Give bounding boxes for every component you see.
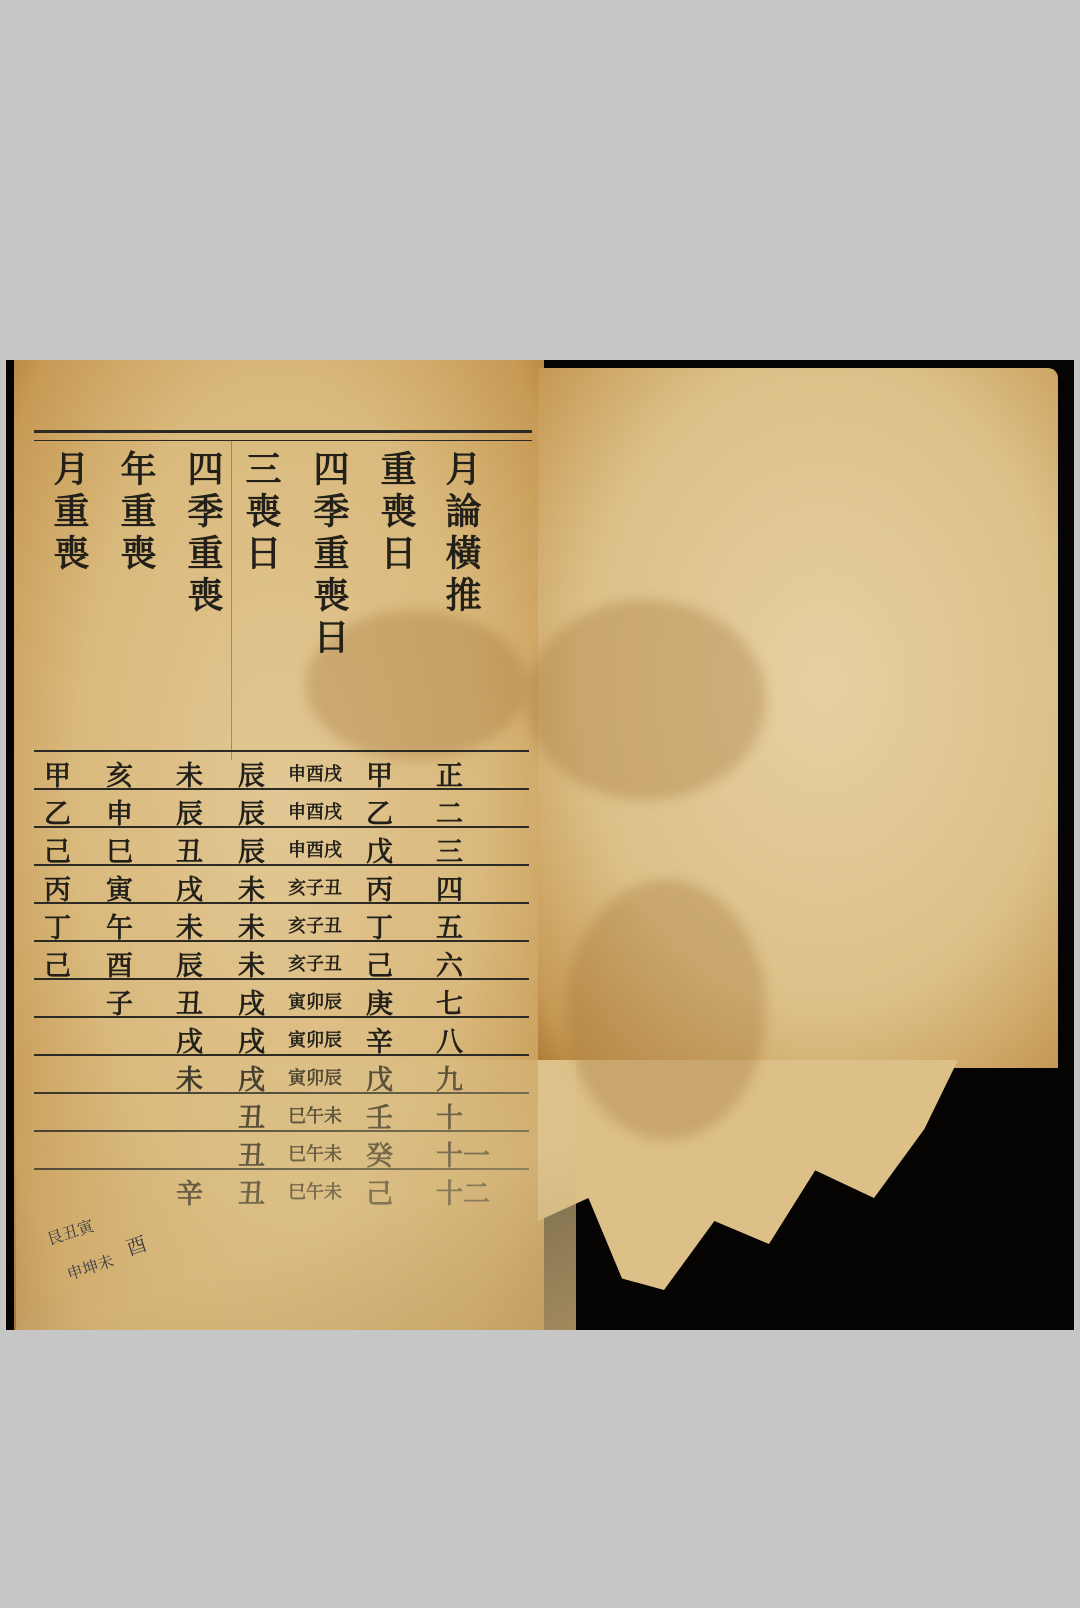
table-row: 四丙亥子丑未戌寅丙 — [34, 866, 534, 904]
table-cell-c2: 寅卯辰 — [288, 1026, 342, 1052]
top-border-rule-thin — [34, 440, 532, 441]
water-stain — [566, 880, 766, 1140]
top-border-rule — [34, 430, 532, 433]
row-rule — [34, 902, 529, 904]
table-row: 三戊申酉戌辰丑巳己 — [34, 828, 534, 866]
table-row: 五丁亥子丑未未午丁 — [34, 904, 534, 942]
header-col-3: 四季重喪日 — [304, 450, 355, 660]
header-col-7: 月重喪 — [44, 450, 95, 576]
row-rule — [34, 1054, 529, 1056]
row-rule — [34, 1016, 529, 1018]
row-rule — [34, 826, 529, 828]
water-stain — [526, 600, 766, 800]
row-rule — [34, 978, 529, 980]
table-row: 八辛寅卯辰戌戌 — [34, 1018, 534, 1056]
row-rule — [34, 750, 529, 752]
header-col-5: 四季重喪 — [178, 450, 229, 618]
table-cell-c2: 申酉戌 — [288, 836, 342, 862]
fold-line — [231, 440, 232, 760]
table-row: 二乙申酉戌辰辰申乙 — [34, 790, 534, 828]
table-row: 六己亥子丑未辰酉己 — [34, 942, 534, 980]
header-col-6: 年重喪 — [111, 450, 162, 576]
table-cell-c2: 申酉戌 — [288, 760, 342, 786]
header-col-4: 三喪日 — [236, 450, 287, 576]
table-cell-c2: 申酉戌 — [288, 798, 342, 824]
header-col-2: 重喪日 — [371, 450, 422, 576]
table-cell-c2: 寅卯辰 — [288, 988, 342, 1014]
header-col-1: 月論橫推 — [436, 450, 487, 618]
damaged-corner — [16, 1060, 576, 1330]
table-row: 七庚寅卯辰戌丑子 — [34, 980, 534, 1018]
row-rule — [34, 940, 529, 942]
scanned-book-spread: 月論橫推 重喪日 四季重喪日 三喪日 四季重喪 年重喪 月重喪 正甲申酉戌辰未亥… — [6, 360, 1074, 1330]
table-cell-c2: 亥子丑 — [288, 874, 342, 900]
row-rule — [34, 864, 529, 866]
table-row: 正甲申酉戌辰未亥甲 — [34, 752, 534, 790]
table-cell-c2: 亥子丑 — [288, 912, 342, 938]
row-rule — [34, 788, 529, 790]
table-cell-c2: 亥子丑 — [288, 950, 342, 976]
